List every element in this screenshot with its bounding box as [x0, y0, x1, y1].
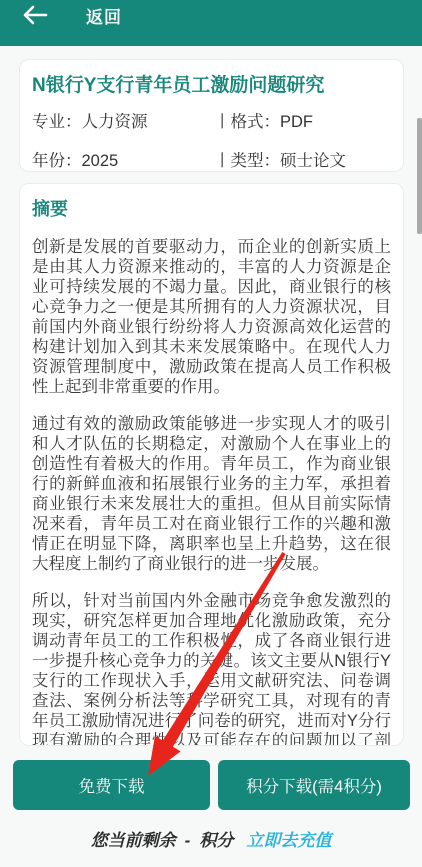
appbar: 返回	[0, 0, 422, 46]
back-label: 返回	[86, 3, 122, 28]
meta-format: 丨格式：PDF	[214, 108, 391, 132]
balance-value: -	[185, 831, 191, 851]
document-meta: 专业：人力资源 丨格式：PDF 年份：2025 丨类型：硕士论文	[32, 108, 391, 171]
document-info-card: N银行Y支行青年员工激励问题研究 专业：人力资源 丨格式：PDF 年份：2025…	[19, 59, 404, 172]
meta-major: 专业：人力资源	[32, 108, 214, 132]
abstract-paragraph-2: 通过有效的激励政策能够进一步实现人才的吸引和人才队伍的长期稳定，对激励个人在事业…	[32, 414, 391, 574]
abstract-heading: 摘要	[32, 198, 391, 220]
recharge-link[interactable]: 立即去充值	[246, 826, 331, 851]
back-button[interactable]: 返回	[22, 2, 122, 28]
back-arrow-icon	[22, 4, 48, 26]
screen: 返回 N银行Y支行青年员工激励问题研究 专业：人力资源 丨格式：PDF 年份：2…	[0, 0, 422, 867]
free-download-button[interactable]: 免费下载	[13, 760, 210, 810]
meta-type: 丨类型：硕士论文	[214, 147, 391, 171]
scrollbar-thumb[interactable]	[417, 118, 422, 234]
document-title: N银行Y支行青年员工激励问题研究	[32, 75, 391, 97]
abstract-paragraph-1: 创新是发展的首要驱动力，而企业的创新实质上是由其人力资源来推动的，丰富的人力资源…	[32, 237, 391, 397]
balance-suffix: 积分	[199, 826, 233, 851]
points-download-button[interactable]: 积分下载(需4积分)	[218, 760, 410, 810]
abstract-paragraph-3: 所以，针对当前国内外金融市场竞争愈发激烈的现实，研究怎样更加合理地优化激励政策，…	[32, 591, 391, 746]
balance-prefix: 您当前剩余	[91, 826, 176, 851]
balance-footer: 您当前剩余 - 积分 立即去充值	[0, 826, 422, 851]
meta-year: 年份：2025	[32, 147, 214, 171]
abstract-card: 摘要 创新是发展的首要驱动力，而企业的创新实质上是由其人力资源来推动的，丰富的人…	[19, 183, 404, 746]
